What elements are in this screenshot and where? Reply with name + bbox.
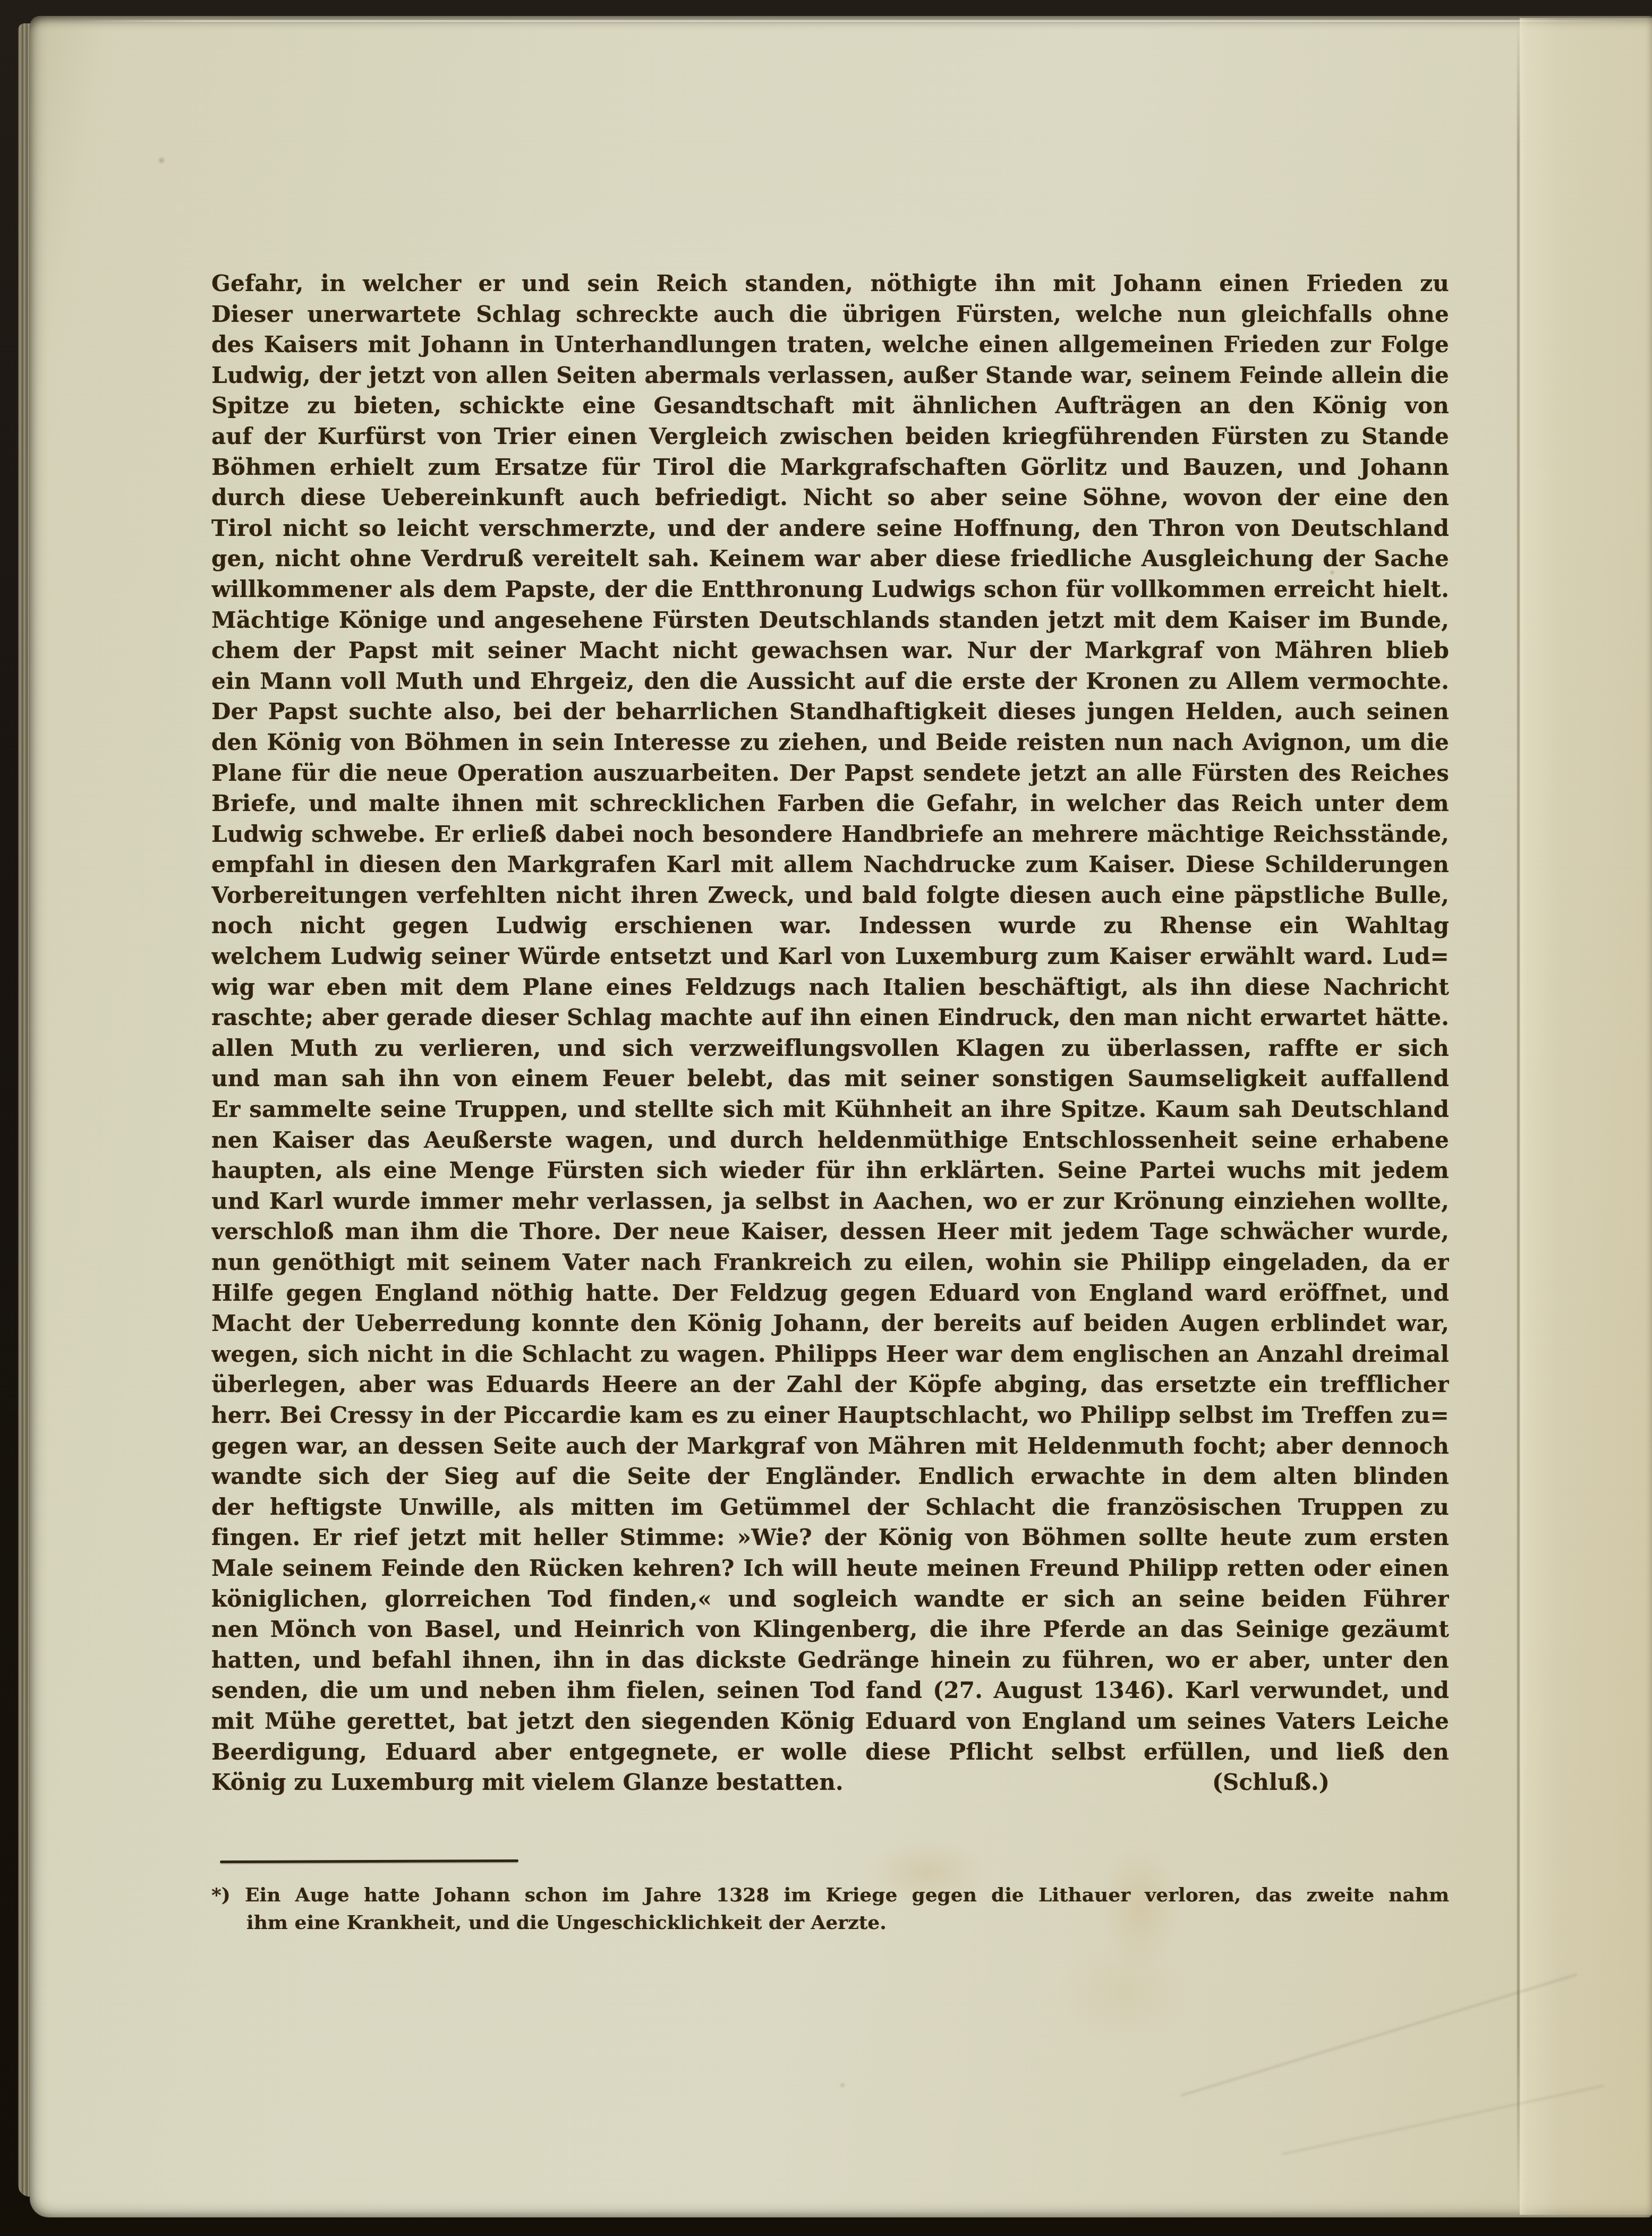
text-line: Macht der Ueberredung konnte den König J… — [211, 1308, 1449, 1339]
text-line: herr. Bei Cressy in der Piccardie kam es… — [211, 1400, 1449, 1431]
text-line: gegen war, an dessen Seite auch der Mark… — [211, 1431, 1449, 1462]
text-line: und man sah ihn von einem Feuer belebt, … — [211, 1063, 1449, 1094]
text-line: wandte sich der Sieg auf die Seite der E… — [211, 1461, 1449, 1492]
text-line: durch diese Uebereinkunft auch befriedig… — [211, 482, 1449, 513]
page-fold-strip — [1520, 18, 1652, 2215]
text-line: Briefe, und malte ihnen mit schreckliche… — [211, 788, 1449, 819]
text-line: Der Papst suchte also, bei der beharrlic… — [211, 696, 1449, 727]
text-line: Plane für die neue Operation auszuarbeit… — [211, 758, 1449, 789]
text-line: nun genöthigt mit seinem Vater nach Fran… — [211, 1247, 1449, 1278]
text-line: ein Mann voll Muth und Ehrgeiz, den die … — [211, 666, 1449, 697]
footnote-line: *) Ein Auge hatte Johann schon im Jahre … — [211, 1881, 1449, 1909]
text-line: nen Kaiser das Aeußerste wagen, und durc… — [211, 1125, 1449, 1156]
footnote: *) Ein Auge hatte Johann schon im Jahre … — [211, 1881, 1449, 1936]
text-line: wegen, sich nicht in die Schlacht zu wag… — [211, 1339, 1449, 1370]
text-line: Ludwig schwebe. Er erließ dabei noch bes… — [211, 819, 1449, 850]
text-line: noch nicht gegen Ludwig erschienen war. … — [211, 910, 1449, 941]
text-line: Gefahr, in welcher er und sein Reich sta… — [211, 268, 1449, 299]
body-text: Gefahr, in welcher er und sein Reich sta… — [211, 268, 1449, 1798]
text-line: Tirol nicht so leicht verschmerzte, und … — [211, 513, 1449, 544]
text-line: chem der Papst mit seiner Macht nicht ge… — [211, 635, 1449, 666]
text-line: Er sammelte seine Truppen, und stellte s… — [211, 1094, 1449, 1125]
text-line: mit Mühe gerettet, bat jetzt den siegend… — [211, 1706, 1449, 1737]
text-line: Mächtige Könige und angesehene Fürsten D… — [211, 605, 1449, 636]
text-line: Vorbereitungen verfehlten nicht ihren Zw… — [211, 880, 1449, 911]
body-text-lines: Gefahr, in welcher er und sein Reich sta… — [211, 268, 1449, 1767]
text-line: haupten, als eine Menge Fürsten sich wie… — [211, 1155, 1449, 1186]
text-line: empfahl in diesen den Markgrafen Karl mi… — [211, 849, 1449, 880]
text-line: Male seinem Feinde den Rücken kehren? Ic… — [211, 1553, 1449, 1584]
text-line: Hilfe gegen England nöthig hatte. Der Fe… — [211, 1278, 1449, 1309]
last-text-line: König zu Luxemburg mit vielem Glanze bes… — [211, 1767, 1449, 1798]
text-line: gen, nicht ohne Verdruß vereitelt sah. K… — [211, 543, 1449, 574]
page-fold-crease — [1517, 19, 1520, 2214]
text-line: Böhmen erhielt zum Ersatze für Tirol die… — [211, 452, 1449, 483]
text-line: Dieser unerwartete Schlag schreckte auch… — [211, 299, 1449, 330]
text-line: Spitze zu bieten, schickte eine Gesandts… — [211, 390, 1449, 421]
text-line: verschloß man ihm die Thore. Der neue Ka… — [211, 1216, 1449, 1247]
last-line-text: König zu Luxemburg mit vielem Glanze bes… — [211, 1767, 844, 1798]
text-line: Ludwig, der jetzt von allen Seiten aberm… — [211, 360, 1449, 391]
closing-label: (Schluß.) — [1212, 1767, 1330, 1798]
text-line: den König von Böhmen in sein Interesse z… — [211, 727, 1449, 758]
text-line: hatten, und befahl ihnen, ihn in das dic… — [211, 1645, 1449, 1676]
text-line: willkommener als dem Papste, der die Ent… — [211, 574, 1449, 605]
text-line: allen Muth zu verlieren, und sich verzwe… — [211, 1033, 1449, 1064]
text-line: wig war eben mit dem Plane eines Feldzug… — [211, 972, 1449, 1003]
text-line: auf der Kurfürst von Trier einen Verglei… — [211, 421, 1449, 452]
text-line: nen Mönch von Basel, und Heinrich von Kl… — [211, 1614, 1449, 1645]
text-line: überlegen, aber was Eduards Heere an der… — [211, 1369, 1449, 1400]
book-page: Gefahr, in welcher er und sein Reich sta… — [30, 16, 1652, 2217]
text-line: königlichen, glorreichen Tod finden,« un… — [211, 1584, 1449, 1615]
text-line: und Karl wurde immer mehr verlassen, ja … — [211, 1186, 1449, 1217]
footnote-separator-rule — [220, 1859, 518, 1863]
text-line: senden, die um und neben ihm fielen, sei… — [211, 1675, 1449, 1706]
page-top-edge — [78, 20, 1629, 22]
text-line: welchem Ludwig seiner Würde entsetzt und… — [211, 941, 1449, 972]
text-line: des Kaisers mit Johann in Unterhandlunge… — [211, 329, 1449, 360]
text-line: Beerdigung, Eduard aber entgegnete, er w… — [211, 1737, 1449, 1768]
footnote-line: ihm eine Krankheit, und die Ungeschickli… — [211, 1909, 1449, 1936]
text-line: fingen. Er rief jetzt mit heller Stimme:… — [211, 1522, 1449, 1553]
text-line: raschte; aber gerade dieser Schlag macht… — [211, 1002, 1449, 1033]
text-line: der heftigste Unwille, als mitten im Get… — [211, 1492, 1449, 1523]
